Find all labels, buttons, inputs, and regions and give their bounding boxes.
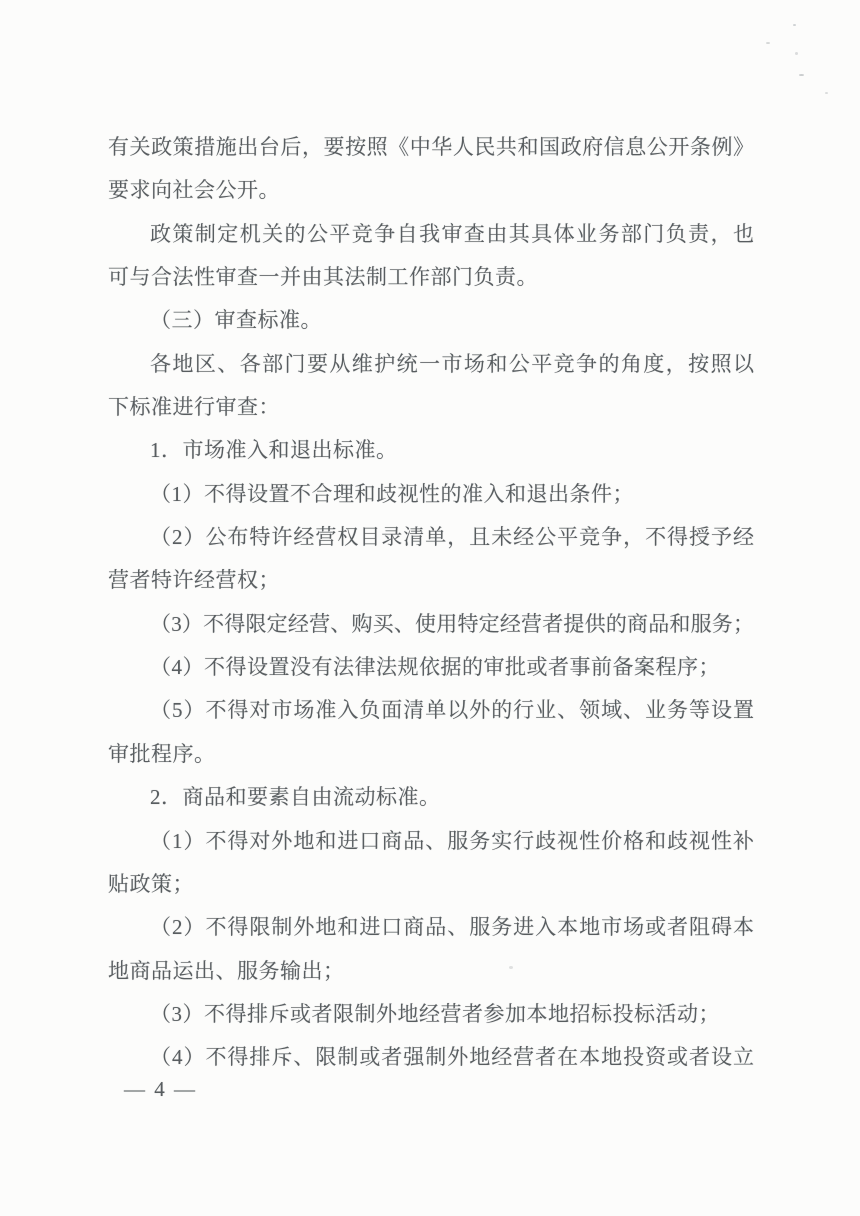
scan-speckle	[509, 966, 513, 969]
text-line-20: 地商品运出、服务输出；	[108, 950, 754, 993]
text-line-1: 有关政策措施出台后，要按照《中华人民共和国政府信息公开条例》	[108, 126, 754, 169]
text-line-15: 审批程序。	[108, 733, 754, 776]
text-block: 有关政策措施出台后，要按照《中华人民共和国政府信息公开条例》要求向社会公开。政策…	[108, 126, 754, 1080]
text-line-2: 要求向社会公开。	[108, 169, 754, 212]
scan-speckle	[766, 42, 770, 44]
text-line-21: （3）不得排斥或者限制外地经营者参加本地招标投标活动；	[108, 993, 754, 1036]
text-line-7: 下标准进行审查：	[108, 386, 754, 429]
text-line-5: （三）审查标准。	[108, 299, 754, 342]
text-line-14: （5）不得对市场准入负面清单以外的行业、领域、业务等设置	[108, 689, 754, 732]
scan-speckle	[795, 52, 798, 55]
text-line-9: （1）不得设置不合理和歧视性的准入和退出条件；	[108, 473, 754, 516]
text-line-12: （3）不得限定经营、购买、使用特定经营者提供的商品和服务；	[108, 603, 754, 646]
text-line-13: （4）不得设置没有法律法规依据的审批或者事前备案程序；	[108, 646, 754, 689]
text-line-8: 1．市场准入和退出标准。	[108, 429, 754, 472]
text-line-22: （4）不得排斥、限制或者强制外地经营者在本地投资或者设立	[108, 1036, 754, 1079]
scan-speckle	[825, 92, 828, 94]
text-line-4: 可与合法性审查一并由其法制工作部门负责。	[108, 256, 754, 299]
scan-speckle	[799, 74, 804, 76]
text-line-3: 政策制定机关的公平竞争自我审查由其具体业务部门负责，也	[108, 213, 754, 256]
text-line-18: 贴政策；	[108, 863, 754, 906]
text-line-10: （2）公布特许经营权目录清单，且未经公平竞争，不得授予经	[108, 516, 754, 559]
page-number: — 4 —	[124, 1077, 197, 1102]
text-line-19: （2）不得限制外地和进口商品、服务进入本地市场或者阻碍本	[108, 906, 754, 949]
document-page: 有关政策措施出台后，要按照《中华人民共和国政府信息公开条例》要求向社会公开。政策…	[0, 0, 860, 1216]
text-line-17: （1）不得对外地和进口商品、服务实行歧视性价格和歧视性补	[108, 820, 754, 863]
text-line-6: 各地区、各部门要从维护统一市场和公平竞争的角度，按照以	[108, 343, 754, 386]
text-line-11: 营者特许经营权；	[108, 559, 754, 602]
scan-speckle	[793, 24, 796, 26]
text-line-16: 2．商品和要素自由流动标准。	[108, 776, 754, 819]
